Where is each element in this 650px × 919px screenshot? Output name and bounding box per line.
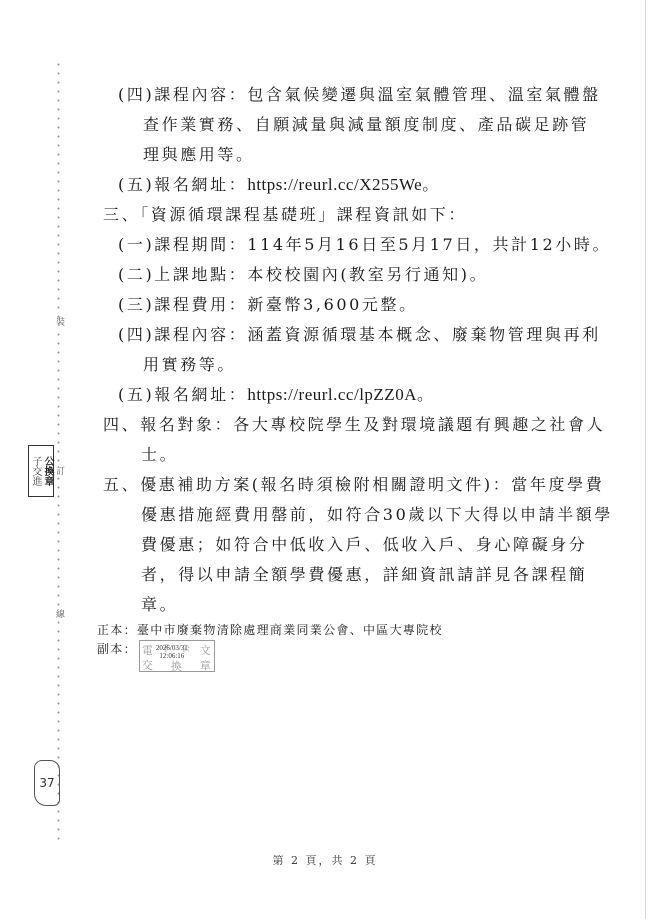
- section-label: 課程內容: [154, 85, 228, 104]
- colon: ：: [229, 85, 248, 104]
- stamp-date: 2026/03/31: [156, 644, 188, 652]
- section-line: 查作業實務、自願減量與減量額度制度、產品碳足跡管: [95, 110, 575, 140]
- section-text: 優惠補助方案(報名時須檢附相關證明文件)：當年度學費: [140, 475, 604, 494]
- section-text: 士。: [141, 445, 178, 464]
- section-heading: 四、報名對象：各大專校院學生及對環境議題有興趣之社會人: [95, 410, 575, 440]
- section-label: 報名網址: [154, 385, 228, 404]
- section-line: (一)課程期間：114年5月16日至5月17日，共計12小時。: [95, 230, 575, 260]
- section-label: 課程期間: [154, 235, 228, 254]
- electronic-exchange-stamp: 電 子 公 文 交 換 章 2026/03/31 12:06:16: [139, 640, 215, 672]
- section-text: 包含氣候變遷與溫室氣體管理、溫室氣體盤: [247, 85, 600, 104]
- colon: ：: [229, 385, 248, 404]
- course-fee: 新臺幣3,600元整。: [247, 295, 417, 314]
- section-text: 理與應用等。: [143, 145, 255, 164]
- page-number-stamp: 37: [34, 760, 60, 806]
- section-marker: (五): [118, 385, 154, 404]
- section-marker: (一): [118, 235, 154, 254]
- section-text: 費優惠；如符合中低收入戶、低收入戶、身心障礙身分: [141, 535, 587, 554]
- section-text: 涵蓋資源循環基本概念、廢棄物管理與再利: [247, 325, 600, 344]
- section-line: 士。: [95, 440, 575, 470]
- section-text: 查作業實務、自願減量與減量額度制度、產品碳足跡管: [143, 115, 589, 134]
- stamp-datetime: 2026/03/31 12:06:16: [156, 644, 188, 660]
- section-text: 者，得以申請全額學費優惠，詳細資訊請詳見各課程簡: [141, 565, 587, 584]
- section-line: (四)課程內容：包含氣候變遷與溫室氣體管理、溫室氣體盤: [95, 80, 575, 110]
- section-marker: (四): [118, 85, 154, 104]
- registration-url-link[interactable]: https://reurl.cc/lpZZ0A: [247, 385, 417, 404]
- section-line: (三)課程費用：新臺幣3,600元整。: [95, 290, 575, 320]
- page-edge-line: [645, 0, 646, 919]
- section-label: 報名對象: [140, 415, 214, 434]
- section-line: 用實務等。: [95, 350, 575, 380]
- section-title: 「資源循環課程基礎班」課程資訊如下：: [140, 205, 467, 224]
- section-marker: 五、: [103, 475, 140, 494]
- seal-column-2: 子交進: [29, 446, 41, 496]
- binding-mark-zhuang: 裝: [56, 318, 65, 328]
- section-line: (四)課程內容：涵蓋資源循環基本概念、廢棄物管理與再利: [95, 320, 575, 350]
- colon: ：: [229, 265, 248, 284]
- period: 。: [422, 175, 441, 194]
- section-marker: (三): [118, 295, 154, 314]
- section-label: 課程費用: [154, 295, 228, 314]
- exchange-seal-stamp: 公換章 子交進: [28, 445, 54, 497]
- colon: ：: [229, 175, 248, 194]
- stamp-time: 12:06:16: [156, 652, 188, 660]
- stamp-char: 章: [200, 656, 211, 675]
- colon: ：: [229, 325, 248, 344]
- distribution-list: 正本： 臺中市廢棄物清除處理商業同業公會、中區大專院校 副本： 電 子 公 文 …: [97, 621, 443, 672]
- section-heading: 三、「資源循環課程基礎班」課程資訊如下：: [95, 200, 575, 230]
- section-label: 上課地點: [154, 265, 228, 284]
- page-info: 第 2 頁，共 2 頁: [273, 854, 378, 867]
- stamp-char: 交: [142, 656, 153, 675]
- binding-dotted-line: [57, 60, 60, 840]
- section-line: 理與應用等。: [95, 140, 575, 170]
- section-label: 報名網址: [154, 175, 228, 194]
- copy-label: 副本：: [97, 640, 137, 659]
- section-text: 優惠措施經費用罄前，如符合30歲以下大得以申請半額學: [141, 505, 613, 524]
- section-marker: 三、: [103, 205, 140, 224]
- binding-mark-xian: 線: [56, 610, 65, 620]
- original-recipients: 正本： 臺中市廢棄物清除處理商業同業公會、中區大專院校: [97, 621, 443, 640]
- section-text: 各大專校院學生及對環境議題有興趣之社會人: [233, 415, 605, 434]
- section-marker: (五): [118, 175, 154, 194]
- stamp-number: 37: [39, 776, 54, 790]
- colon: ：: [215, 415, 234, 434]
- copy-recipients: 副本： 電 子 公 文 交 換 章 2026/03/31 12:06:16: [97, 640, 443, 672]
- document-body: (四)課程內容：包含氣候變遷與溫室氣體管理、溫室氣體盤 查作業實務、自願減量與減…: [95, 80, 575, 620]
- colon: ：: [229, 295, 248, 314]
- section-line: 者，得以申請全額學費優惠，詳細資訊請詳見各課程簡: [95, 560, 575, 590]
- course-period: 114年5月16日至5月17日，共計12小時。: [247, 235, 611, 254]
- seal-column-1: 公換章: [41, 446, 53, 496]
- section-line: (五)報名網址：https://reurl.cc/X255We。: [95, 170, 575, 200]
- section-text: 用實務等。: [143, 355, 236, 374]
- registration-url-link[interactable]: https://reurl.cc/X255We: [247, 175, 422, 194]
- original-label: 正本：: [97, 621, 137, 640]
- section-label: 課程內容: [154, 325, 228, 344]
- section-line: 優惠措施經費用罄前，如符合30歲以下大得以申請半額學: [95, 500, 575, 530]
- section-line: (二)上課地點：本校校園內(教室另行通知)。: [95, 260, 575, 290]
- section-heading: 五、優惠補助方案(報名時須檢附相關證明文件)：當年度學費: [95, 470, 575, 500]
- binding-mark-ding: 訂: [56, 467, 65, 477]
- section-line: (五)報名網址：https://reurl.cc/lpZZ0A。: [95, 380, 575, 410]
- section-marker: (二): [118, 265, 154, 284]
- period: 。: [417, 385, 436, 404]
- original-value: 臺中市廢棄物清除處理商業同業公會、中區大專院校: [137, 621, 443, 640]
- page-footer: 第 2 頁，共 2 頁: [0, 852, 650, 868]
- colon: ：: [229, 235, 248, 254]
- course-location: 本校校園內(教室另行通知)。: [247, 265, 488, 284]
- section-line: 費優惠；如符合中低收入戶、低收入戶、身心障礙身分: [95, 530, 575, 560]
- section-marker: (四): [118, 325, 154, 344]
- section-text: 章。: [141, 595, 178, 614]
- section-marker: 四、: [103, 415, 140, 434]
- section-line: 章。: [95, 590, 575, 620]
